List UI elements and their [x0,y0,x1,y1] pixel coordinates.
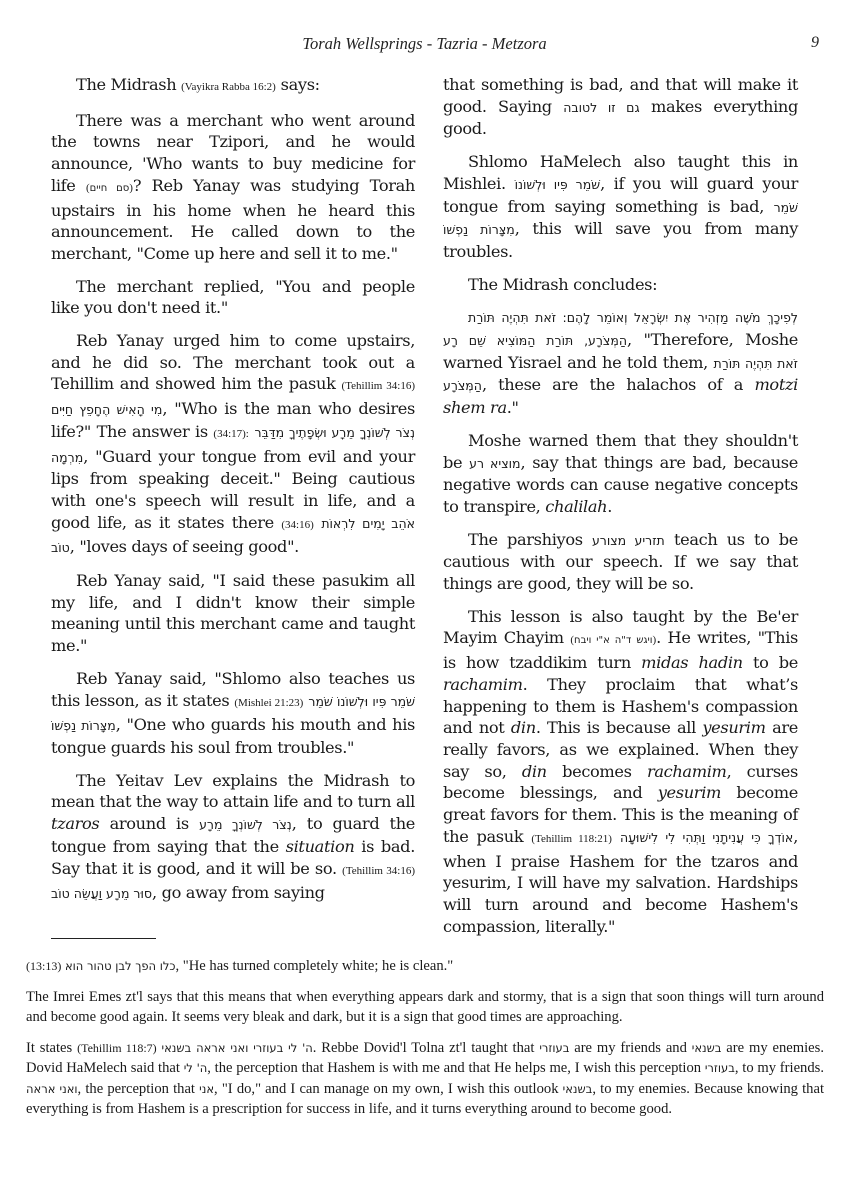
hebrew-text: ה' לי בעוזרי ואני אראה בשנאי [162,1041,313,1055]
hebrew-text: אוֹדְךָ כִּי עֲנִיתָנִי וַתְּהִי לִי לִי… [620,830,793,845]
hebrew-text: בשנאי [692,1041,722,1055]
footnote: (13:13) כלו הפך לבן טהור הוא, "He has tu… [26,956,824,977]
citation: (Vayikra Rabba 16:2) [181,81,276,93]
hebrew-text: ויגש ד"ה א"י ויבח [574,635,652,646]
hebrew-text: שֹׁמֵר פִּיו וּלְשׁוֹנוֹ [515,177,601,192]
hebrew-text: ה' לי [184,1061,208,1075]
citation: (Tehillim 34:16) [342,380,415,392]
hebrew-text: סוּר מֵרָע וַעֲשֵׂה טוֹב [51,886,152,901]
paragraph: The Midrash (Vayikra Rabba 16:2) says: [51,74,415,99]
paragraph: לְפִיכָךְ מֹשֶׁה מַזְהִיר אֶת יִשְׂרָאֵל… [443,306,798,419]
running-header: Torah Wellsprings - Tazria - Metzora 9 [0,28,849,58]
footnote: The Imrei Emes zt'l says that this means… [26,987,824,1028]
hebrew-text: מִי הָאִישׁ הֶחָפֵץ חַיִּים [51,402,162,417]
paragraph: The Yeitav Lev explains the Midrash to m… [51,770,415,905]
paragraph: Shlomo HaMelech also taught this in Mish… [443,151,798,263]
paragraph: The parshiyos תזריע מצורע teach us to be… [443,529,798,595]
citation: (Tehillim 34:16) [342,865,415,877]
hebrew-text: כלו הפך לבן טהור הוא [65,959,176,973]
paragraph: The merchant replied, "You and people li… [51,276,415,319]
left-column: The Midrash (Vayikra Rabba 16:2) says: T… [51,74,415,916]
citation: (13:13) [26,959,61,973]
hebrew-text: אני [199,1082,214,1096]
citation: (34:17): [213,428,248,440]
hebrew-text: ואני אראה [26,1082,78,1096]
paragraph: Reb Yanay said, "I said these pasukim al… [51,570,415,657]
hebrew-text: סם חיים [90,183,130,194]
citation: (34:16) [281,519,313,531]
citation: (Tehillim 118:21) [531,833,612,845]
hebrew-text: תזריע מצורע [592,533,665,548]
citation: (Tehillim 118:7) [77,1041,157,1055]
hebrew-text: גם זו לטובה [563,100,639,115]
hebrew-text: בשנאי [563,1082,593,1096]
page-number: 9 [811,34,819,52]
citation: (Mishlei 21:23) [234,697,303,709]
hebrew-text: מוציא רע [469,456,520,471]
footnotes: (13:13) כלו הפך לבן טהור הוא, "He has tu… [26,956,824,1130]
hebrew-text: נְצֹר לְשׁוֹנְךָ מֵרָע [199,817,292,832]
paragraph: This lesson is also taught by the Be'er … [443,606,798,938]
footnote-divider [51,938,156,939]
paragraph: Reb Yanay said, "Shlomo also teaches us … [51,668,415,759]
paragraph: The Midrash concludes: [443,274,798,296]
paragraph: There was a merchant who went around the… [51,110,415,265]
hebrew-text: בעוזרי [705,1061,735,1075]
book-title: Torah Wellsprings - Tazria - Metzora [0,34,849,54]
paragraph-continued: that something is bad, and that will mak… [443,74,798,140]
right-column: that something is bad, and that will mak… [443,74,798,948]
paragraph: Moshe warned them that they shouldn't be… [443,430,798,518]
footnote: It states (Tehillim 118:7) ה' לי בעוזרי … [26,1038,824,1120]
hebrew-text: בעוזרי [539,1041,569,1055]
paragraph: Reb Yanay urged him to come upstairs, an… [51,330,415,559]
